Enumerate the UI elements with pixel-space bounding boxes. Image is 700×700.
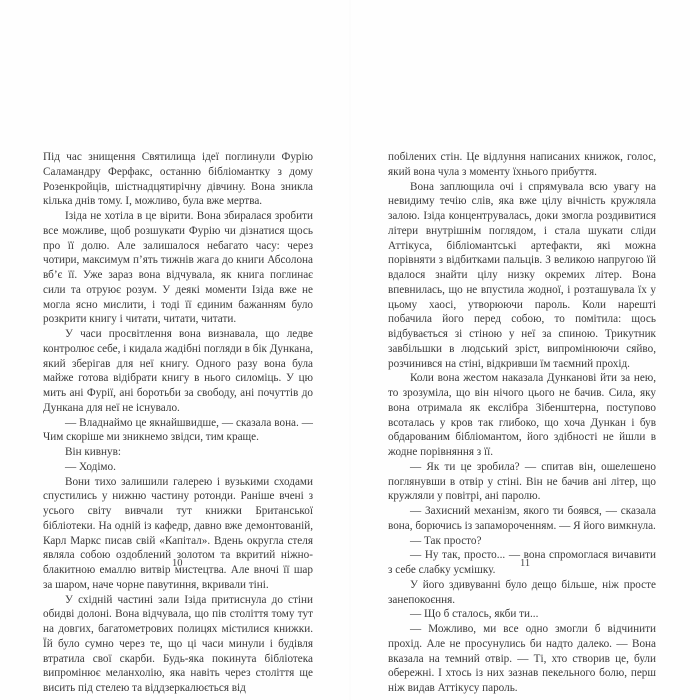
paragraph: У його здивуванні було дещо більше, ніж … [388, 578, 656, 608]
right-page-number: 11 [520, 558, 530, 569]
left-page-text: Під час знищення Святилища ідеї поглинул… [43, 150, 313, 696]
paragraph: Коли вона жестом наказала Дунканові йти … [388, 371, 656, 460]
paragraph: — Ходімо. [43, 460, 313, 475]
paragraph: Вони тихо залишили галерею і вузькими сх… [43, 475, 313, 593]
paragraph: побілених стін. Це відлуння написаних кн… [388, 150, 656, 180]
book-spread: Під час знищення Святилища ідеї поглинул… [0, 0, 700, 700]
paragraph: — Можливо, ми все одно змогли б відчинит… [388, 622, 656, 696]
paragraph: Вона заплющила очі і спрямувала всю уваг… [388, 180, 656, 372]
paragraph: — Владнаймо це якнайшвидше, — сказала во… [43, 416, 313, 446]
paragraph: — Як ти це зробила? — спитав він, ошелеш… [388, 460, 656, 504]
paragraph: Він кивнув: [43, 445, 313, 460]
paragraph: Під час знищення Святилища ідеї поглинул… [43, 150, 313, 209]
paragraph: — Так просто? [388, 534, 656, 549]
book-gutter [349, 0, 351, 700]
paragraph: Ізіда не хотіла в це вірити. Вона збирал… [43, 209, 313, 327]
paragraph: У часи просвітлення вона визнавала, що л… [43, 327, 313, 416]
right-page-text: побілених стін. Це відлуння написаних кн… [388, 150, 656, 696]
left-page-number: 10 [172, 558, 183, 569]
paragraph: У східній частині зали Ізіда притиснула … [43, 593, 313, 696]
paragraph: — Захисний механізм, якого ти боявся, — … [388, 504, 656, 534]
paragraph: — Що б сталось, якби ти... [388, 607, 656, 622]
